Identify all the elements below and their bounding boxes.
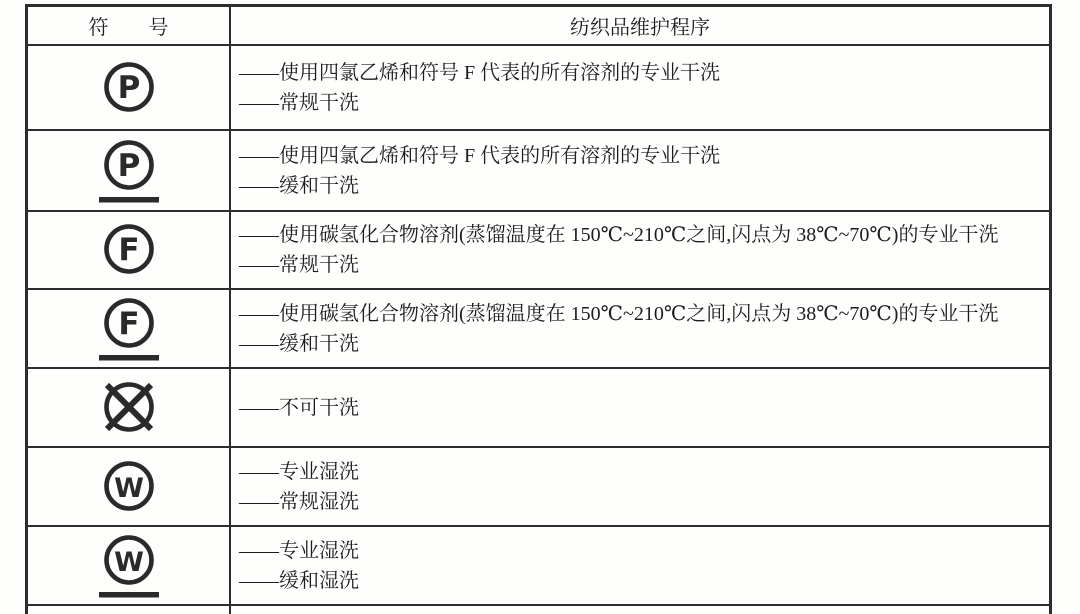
symbol-cell: W	[28, 527, 231, 604]
procedure-lines: ——专业湿洗 ——缓和湿洗	[239, 536, 359, 596]
symbol-cell: P	[28, 131, 231, 210]
partial-procedure-cell	[231, 606, 1049, 614]
svg-text:P: P	[117, 70, 140, 106]
procedure-line: ——不可干洗	[239, 393, 359, 423]
table-row: F ——使用碳氢化合物溶剂(蒸馏温度在 150℃~210℃之间,闪点为 38℃~…	[28, 212, 1049, 290]
dry-clean-P-circle-underline-icon: P	[97, 138, 161, 204]
dry-clean-F-circle-icon: F	[97, 222, 161, 278]
symbol-cell: F	[28, 290, 231, 367]
procedure-line: ——缓和湿洗	[239, 566, 359, 596]
procedure-line: ——常规湿洗	[239, 487, 359, 517]
procedure-line: ——常规干洗	[239, 88, 720, 118]
procedure-line: ——缓和干洗	[239, 329, 998, 359]
table-row: W ——专业湿洗 ——常规湿洗	[28, 448, 1049, 527]
procedure-cell: ——专业湿洗 ——缓和湿洗	[231, 527, 1049, 604]
header-symbol-column: 符 号	[28, 7, 231, 44]
procedure-cell: ——专业湿洗 ——常规湿洗	[231, 448, 1049, 525]
table-body: P ——使用四氯乙烯和符号 F 代表的所有溶剂的专业干洗 ——常规干洗 P ——…	[28, 46, 1049, 606]
procedure-cell: ——使用四氯乙烯和符号 F 代表的所有溶剂的专业干洗 ——常规干洗	[231, 46, 1049, 129]
procedure-lines: ——专业湿洗 ——常规湿洗	[239, 457, 359, 517]
svg-text:W: W	[114, 473, 144, 504]
table-row: ——不可干洗	[28, 369, 1049, 448]
table-header-row: 符 号 纺织品维护程序	[28, 7, 1049, 46]
procedure-line: ——专业湿洗	[239, 536, 359, 566]
symbol-cell	[28, 369, 231, 446]
procedure-line: ——使用碳氢化合物溶剂(蒸馏温度在 150℃~210℃之间,闪点为 38℃~70…	[239, 299, 998, 329]
dry-clean-P-circle-icon: P	[97, 60, 161, 116]
partial-symbol-cell	[28, 606, 231, 614]
procedure-line: ——缓和干洗	[239, 171, 720, 201]
header-procedure-column: 纺织品维护程序	[231, 7, 1049, 44]
procedure-lines: ——不可干洗	[239, 393, 359, 423]
procedure-line: ——常规干洗	[239, 250, 998, 280]
svg-text:W: W	[114, 547, 144, 578]
care-symbol-table: 符 号 纺织品维护程序 P ——使用四氯乙烯和符号 F 代表的所有溶剂的专业干洗…	[25, 4, 1052, 614]
procedure-line: ——使用四氯乙烯和符号 F 代表的所有溶剂的专业干洗	[239, 141, 720, 171]
procedure-cell: ——使用四氯乙烯和符号 F 代表的所有溶剂的专业干洗 ——缓和干洗	[231, 131, 1049, 210]
procedure-lines: ——使用碳氢化合物溶剂(蒸馏温度在 150℃~210℃之间,闪点为 38℃~70…	[239, 220, 998, 280]
procedure-lines: ——使用四氯乙烯和符号 F 代表的所有溶剂的专业干洗 ——常规干洗	[239, 58, 720, 118]
procedure-line: ——使用四氯乙烯和符号 F 代表的所有溶剂的专业干洗	[239, 58, 720, 88]
dry-clean-F-circle-underline-icon: F	[97, 296, 161, 362]
procedure-cell: ——使用碳氢化合物溶剂(蒸馏温度在 150℃~210℃之间,闪点为 38℃~70…	[231, 290, 1049, 367]
table-row: P ——使用四氯乙烯和符号 F 代表的所有溶剂的专业干洗 ——缓和干洗	[28, 131, 1049, 212]
svg-text:F: F	[118, 232, 139, 268]
procedure-lines: ——使用四氯乙烯和符号 F 代表的所有溶剂的专业干洗 ——缓和干洗	[239, 141, 720, 201]
svg-text:F: F	[118, 306, 139, 342]
table-row-partial-cutoff	[28, 606, 1049, 614]
procedure-line: ——专业湿洗	[239, 457, 359, 487]
wet-clean-W-circle-underline-icon: W	[97, 533, 161, 599]
document-page: 符 号 纺织品维护程序 P ——使用四氯乙烯和符号 F 代表的所有溶剂的专业干洗…	[0, 0, 1080, 614]
symbol-cell: W	[28, 448, 231, 525]
no-dry-clean-crossed-circle-icon	[97, 380, 161, 436]
table-row: F ——使用碳氢化合物溶剂(蒸馏温度在 150℃~210℃之间,闪点为 38℃~…	[28, 290, 1049, 369]
symbol-cell: F	[28, 212, 231, 288]
table-row: P ——使用四氯乙烯和符号 F 代表的所有溶剂的专业干洗 ——常规干洗	[28, 46, 1049, 131]
procedure-lines: ——使用碳氢化合物溶剂(蒸馏温度在 150℃~210℃之间,闪点为 38℃~70…	[239, 299, 998, 359]
procedure-cell: ——不可干洗	[231, 369, 1049, 446]
wet-clean-W-circle-icon: W	[97, 459, 161, 515]
svg-text:P: P	[117, 148, 140, 184]
procedure-cell: ——使用碳氢化合物溶剂(蒸馏温度在 150℃~210℃之间,闪点为 38℃~70…	[231, 212, 1049, 288]
procedure-line: ——使用碳氢化合物溶剂(蒸馏温度在 150℃~210℃之间,闪点为 38℃~70…	[239, 220, 998, 250]
table-row: W ——专业湿洗 ——缓和湿洗	[28, 527, 1049, 606]
symbol-cell: P	[28, 46, 231, 129]
